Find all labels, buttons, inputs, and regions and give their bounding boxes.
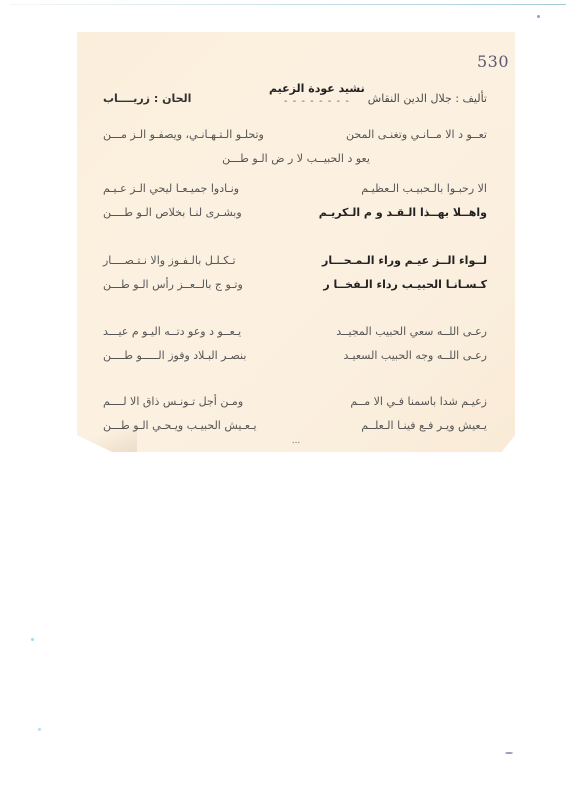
hemistich-right: واهــلا بهــذا الـقـد و م الـكريـم	[319, 206, 487, 219]
scan-speck	[31, 638, 34, 641]
verse-line: رعـى اللــه وجه الحبيب السعيـد بنصـر الب…	[77, 349, 515, 373]
hemistich-right: تعــو د الا مــانـي وتغنـى المحن	[346, 128, 487, 141]
verse-line: تعــو د الا مــانـي وتغنـى المحن وتحلـو …	[77, 128, 515, 152]
hemistich-left: يـعـيش الحبيـب ويـحـي الـو طـــن	[103, 419, 257, 432]
hemistich-right: زعيـم شدا باسمنا فـي الا مــم	[350, 395, 487, 408]
title-underline: - - - - - - - -	[269, 96, 365, 107]
verse-line: زعيـم شدا باسمنا فـي الا مــم ومـن أجل ت…	[77, 395, 515, 419]
hemistich-left: ومـن أجل تـونـس ذاق الا لــــم	[103, 395, 243, 408]
verse-line: رعـى اللــه سعي الحبيب المجيــد يـعــو د…	[77, 325, 515, 349]
handwritten-page-number: 530	[477, 52, 509, 71]
stanza-1: تعــو د الا مــانـي وتغنـى المحن وتحلـو …	[77, 128, 515, 176]
hemistich-left: وبشـرى لنـا بخلاص الـو طــــن	[103, 206, 242, 219]
scan-speck	[505, 752, 513, 754]
composer-credit: الحان : زريــــاب	[103, 92, 191, 105]
stanza-4: رعـى اللــه سعي الحبيب المجيــد يـعــو د…	[77, 325, 515, 373]
stanza-3: لــواء الــز عيـم وراء الـمـحـــار تـكـل…	[77, 254, 515, 302]
refrain-line: يعو د الحبيــب لا ر ض الـو طـــن	[77, 152, 515, 165]
stanza-2: الا رحبـوا بالـحبيـب الـعظيـم ونـادوا جم…	[77, 182, 515, 230]
verse-line: الا رحبـوا بالـحبيـب الـعظيـم ونـادوا جم…	[77, 182, 515, 206]
hemistich-right: لــواء الــز عيـم وراء الـمـحـــار	[322, 254, 487, 267]
hemistich-left: بنصـر البـلاد وفوز الـــــو طــــن	[103, 349, 246, 362]
verse-line: واهــلا بهــذا الـقـد و م الـكريـم وبشـر…	[77, 206, 515, 230]
document-header: تأليف : جلال الدين النقاش نشيد عودة الزع…	[77, 82, 515, 112]
hemistich-right: رعـى اللــه وجه الحبيب السعيـد	[344, 349, 487, 362]
scan-speck	[537, 15, 540, 18]
title-block: نشيد عودة الزعيم - - - - - - - -	[269, 82, 365, 107]
hemistich-left: تـكـلـل بالـفـوز والا نـتـصــــار	[103, 254, 236, 267]
scan-speck	[38, 728, 41, 731]
hemistich-right: الا رحبـوا بالـحبيـب الـعظيـم	[361, 182, 487, 195]
author-credit: تأليف : جلال الدين النقاش	[368, 92, 487, 105]
verse-line: لــواء الــز عيـم وراء الـمـحـــار تـكـل…	[77, 254, 515, 278]
verse-line-refrain: يعو د الحبيــب لا ر ض الـو طـــن	[77, 152, 515, 176]
hemistich-left: وتحلـو الـتـهـانـي، ويصفـو الـز مـــن	[103, 128, 264, 141]
paper-sheet: 530 تأليف : جلال الدين النقاش نشيد عودة …	[77, 32, 515, 452]
scan-edge-line	[10, 4, 566, 5]
hemistich-right: يـعيش ويـر فـع فينـا الـعلــم	[361, 419, 487, 432]
hemistich-right: رعـى اللــه سعي الحبيب المجيــد	[336, 325, 487, 338]
verse-line: كـسـانـا الحبيـب رداء الـفخــا ر وتـو ج …	[77, 278, 515, 302]
hemistich-left: يـعــو د وعو دتــه اليـو م عيـــد	[103, 325, 241, 338]
hemistich-left: وتـو ج بالــعــز رأس الـو طـــن	[103, 278, 243, 291]
hemistich-left: ونـادوا جميـعـا ليحي الـز عـيـم	[103, 182, 239, 195]
continuation-ellipsis: ...	[77, 436, 515, 446]
hemistich-right: كـسـانـا الحبيـب رداء الـفخــا ر	[323, 278, 487, 291]
document-title: نشيد عودة الزعيم	[269, 82, 365, 95]
